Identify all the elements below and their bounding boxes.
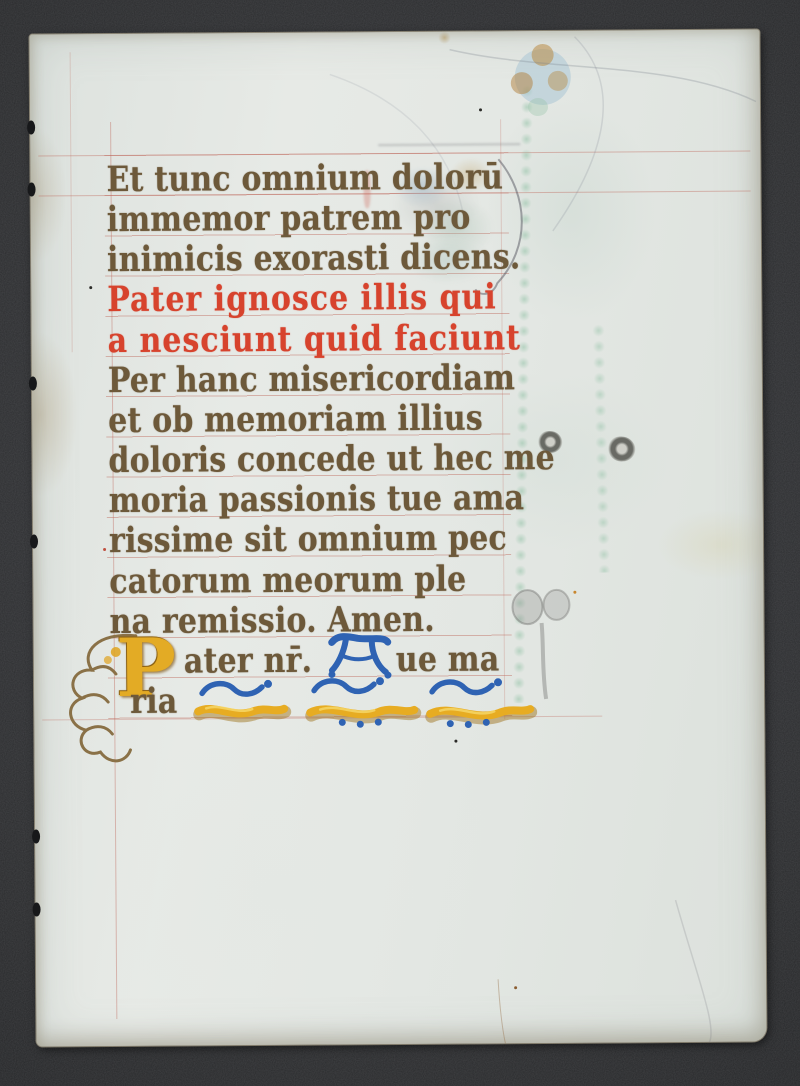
ave-maria-continuation: ria — [130, 683, 178, 723]
text-line-5: a nesciunt quid faciunt — [107, 319, 547, 362]
text-line-6: Per hanc misericordiam — [108, 359, 548, 402]
gold-blue-line-filler — [192, 673, 537, 731]
text-line-1: Et tunc omnium dolorū — [106, 158, 546, 201]
text-line-7: et ob memoriam illius — [108, 399, 548, 442]
manuscript-leaf: Et tunc omnium dolorū immemor patrem pro… — [29, 29, 766, 1046]
text-line-11: catorum meorum ple — [109, 560, 549, 603]
text-line-4: Pater ignosce illis qui — [107, 278, 547, 321]
text-line-10: rissime sit omnium pec — [109, 519, 549, 562]
text-line-2: immemor patrem pro — [107, 198, 547, 241]
text-line-3: inimicis exorasti dicens. — [107, 238, 547, 281]
text-line-9: moria passionis tue ama — [109, 479, 549, 522]
text-line-8: doloris concede ut hec me — [108, 439, 548, 482]
